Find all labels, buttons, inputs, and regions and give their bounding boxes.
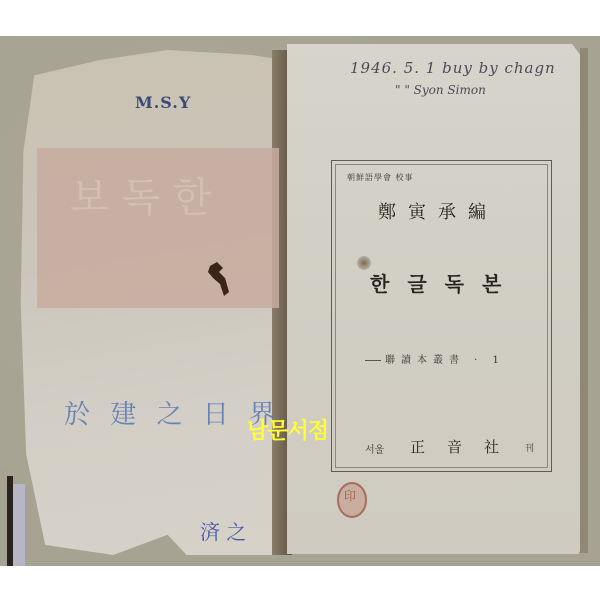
- city-label: 서울: [365, 441, 384, 456]
- seal-glyph: 印: [344, 487, 356, 504]
- publisher-suffix: 刊: [525, 441, 534, 454]
- spine-cloth: [13, 484, 25, 566]
- author-line: 鄭寅承編: [378, 198, 498, 224]
- faded-printed-text: 보 독 한: [70, 166, 211, 223]
- page-edge: [580, 48, 588, 553]
- book-title: 한글독본: [370, 268, 519, 297]
- series-dash: [365, 360, 381, 361]
- shop-watermark: 남문서점: [247, 414, 328, 445]
- series-line: 聯讀本叢書 · 1: [385, 351, 505, 366]
- book-photo: 보 독 한 M.S.Y 於 建 之 日 界 兄 済 之 1946. 5. 1 b…: [0, 36, 600, 566]
- burn-hole-icon: [205, 258, 235, 298]
- msy-stamp: M.S.Y: [135, 93, 191, 112]
- handwritten-purchase-note: 1946. 5. 1 buy by chagn: [350, 59, 556, 77]
- blue-handwriting-bottom: 済 之: [200, 516, 246, 545]
- publisher-name: 正音社: [410, 436, 521, 457]
- handwritten-owner-name: " " Syon Simon: [395, 83, 486, 97]
- society-line: 朝鮮語學會 校事: [347, 172, 414, 183]
